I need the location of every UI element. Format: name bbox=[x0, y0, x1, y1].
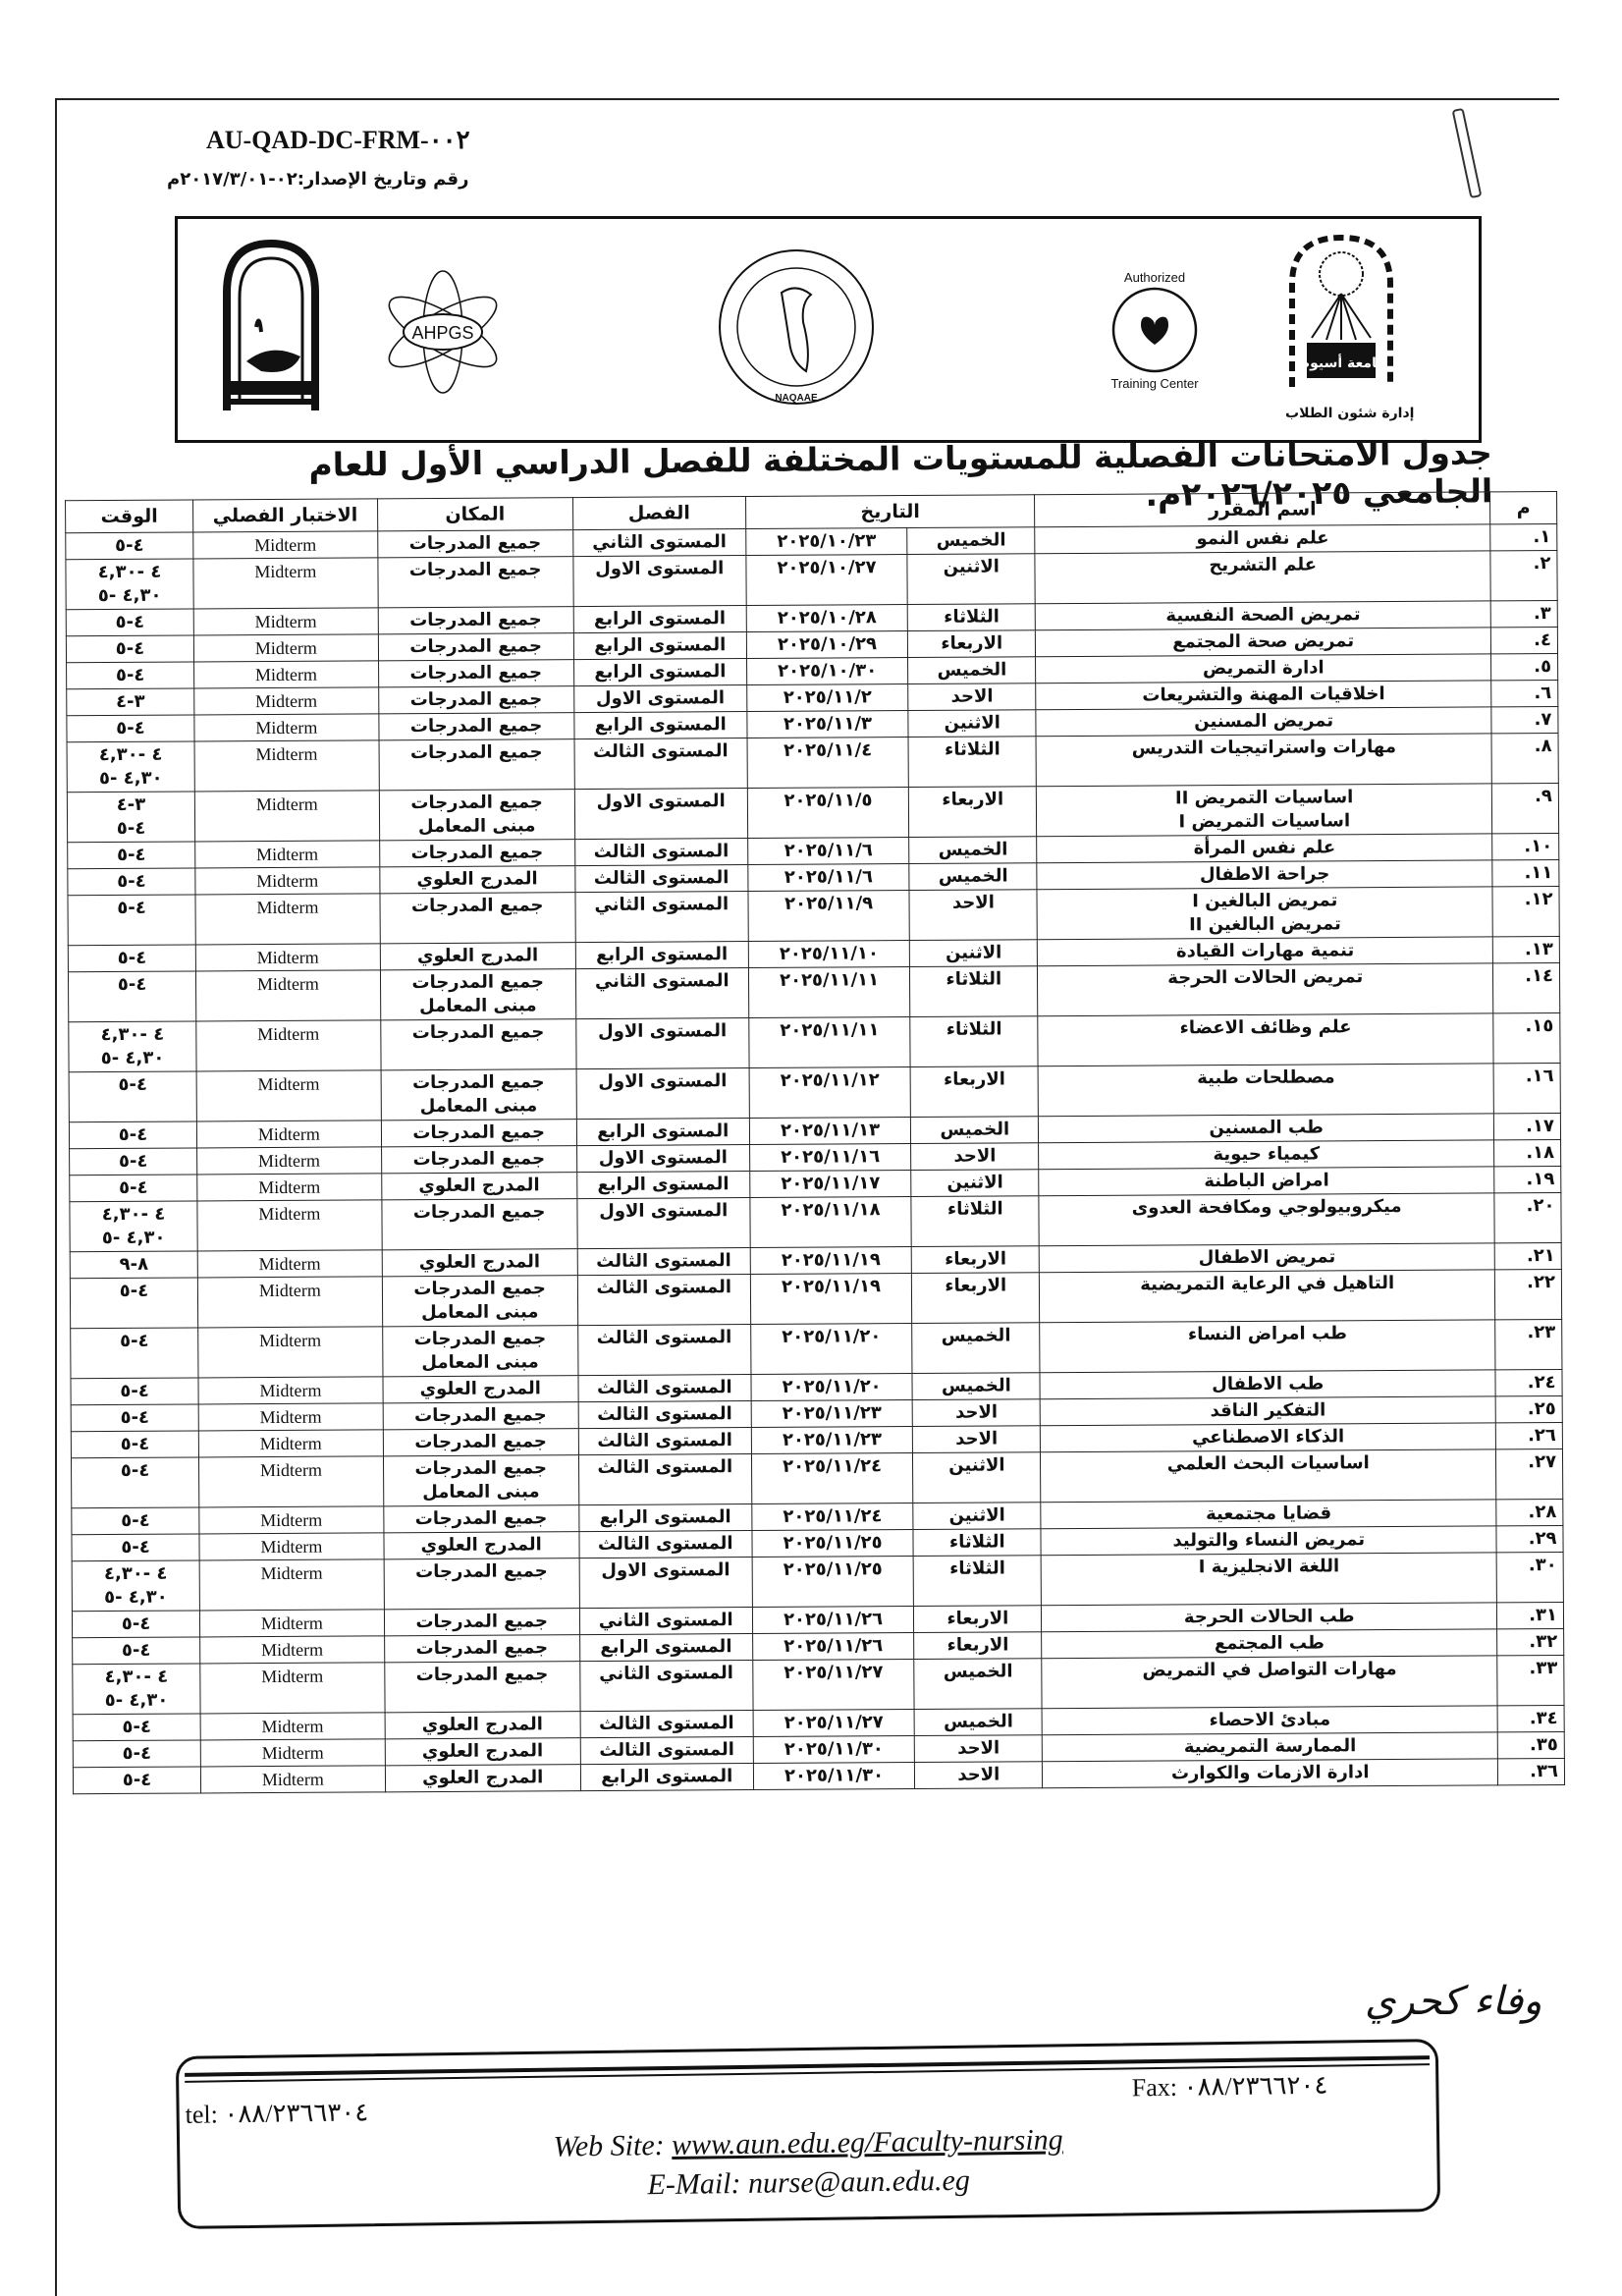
cell-course: طب امراض النساء bbox=[1040, 1320, 1495, 1373]
level-text: المستوى الثالث bbox=[584, 1402, 744, 1427]
cell-exam: Midterm bbox=[197, 1200, 382, 1251]
issue-number-date: رقم وتاريخ الإصدار:٠٢-٢٠١٧/٣/٠١م bbox=[167, 169, 468, 190]
course-text: علم نفس النمو bbox=[1042, 525, 1485, 552]
date-text: ٢٠٢٥/١١/٦ bbox=[754, 865, 903, 890]
cell-day: الاثنين bbox=[913, 1452, 1041, 1503]
course-text: اللغة الانجليزية I bbox=[1048, 1554, 1490, 1580]
num-text: ١٣. bbox=[1499, 938, 1553, 961]
place-text: المدرج العلوي bbox=[388, 1250, 570, 1275]
place-text: جميع المدرجات bbox=[385, 687, 568, 712]
cell-num: ٢٨. bbox=[1496, 1499, 1563, 1525]
place-text: المدرج العلوي bbox=[391, 1739, 573, 1764]
date-text: ٢٠٢٥/١١/١٦ bbox=[756, 1145, 905, 1170]
date-text: ٢٠٢٥/١١/١٩ bbox=[757, 1275, 906, 1299]
exam-text: Midterm bbox=[202, 971, 374, 996]
website-link[interactable]: www.aun.edu.eg/Faculty-nursing bbox=[672, 2123, 1063, 2161]
cell-exam: Midterm bbox=[199, 1456, 384, 1507]
cell-time: ٤-٥ bbox=[68, 971, 195, 1022]
time-text: ٤ -٤,٣٠ bbox=[79, 1666, 193, 1690]
day-text: الاربعاء bbox=[918, 1274, 1033, 1298]
cell-num: ٣٠. bbox=[1496, 1552, 1563, 1602]
day-text: الاثنين bbox=[915, 711, 1030, 736]
exam-text: Midterm bbox=[199, 532, 371, 557]
course-text: مهارات التواصل في التمريض bbox=[1049, 1657, 1491, 1683]
exam-text: Midterm bbox=[202, 945, 374, 969]
cell-num: ١٧. bbox=[1493, 1113, 1560, 1139]
course-text: كيمياء حيوية bbox=[1045, 1141, 1487, 1168]
date-text: ٢٠٢٥/١١/٦ bbox=[754, 839, 903, 863]
cell-day: الثلاثاء bbox=[913, 1529, 1041, 1557]
level-text: المستوى الرابع bbox=[580, 633, 740, 658]
cell-level: المستوى الثالث bbox=[578, 1454, 751, 1505]
cell-day: الثلاثاء bbox=[908, 737, 1036, 788]
cell-level: المستوى الثاني bbox=[575, 968, 748, 1019]
cell-exam: Midterm bbox=[197, 1250, 382, 1278]
date-text: ٢٠٢٥/١١/٢٠ bbox=[757, 1375, 906, 1399]
exam-text: Midterm bbox=[202, 895, 374, 919]
date-text: ٢٠٢٥/١١/٣٠ bbox=[760, 1764, 909, 1788]
day-text: الاحد bbox=[919, 1427, 1034, 1451]
cell-exam: Midterm bbox=[197, 1147, 382, 1175]
place-text-secondary: مبنى المعامل bbox=[389, 1300, 571, 1325]
cell-time: ٤-٥ bbox=[68, 868, 195, 896]
cell-num: ٤. bbox=[1490, 628, 1557, 654]
place-text: جميع المدرجات bbox=[388, 1147, 570, 1172]
cell-course: التاهيل في الرعاية التمريضية bbox=[1040, 1270, 1495, 1323]
cell-place: جميع المدرجاتمبنى المعامل bbox=[382, 1326, 577, 1377]
cell-course: تمريض النساء والتوليد bbox=[1041, 1526, 1496, 1556]
cell-exam: Midterm bbox=[193, 634, 378, 662]
course-text: مصطلحات طبية bbox=[1045, 1065, 1487, 1091]
signature: وفاء كحري bbox=[1365, 1979, 1541, 2024]
cell-day: الاربعاء bbox=[912, 1273, 1040, 1324]
place-text: جميع المدرجات bbox=[389, 1327, 571, 1351]
cell-day: الخميس bbox=[912, 1373, 1040, 1400]
cell-level: المستوى الثاني bbox=[575, 892, 748, 943]
cell-course: علم التشريح bbox=[1035, 551, 1490, 604]
level-text: المستوى الرابع bbox=[582, 943, 742, 967]
exam-text: Midterm bbox=[200, 715, 372, 739]
time-text: ٤-٥ bbox=[76, 1073, 190, 1098]
cell-exam: Midterm bbox=[193, 608, 378, 635]
day-text: الثلاثاء bbox=[917, 1017, 1032, 1042]
exam-text: Midterm bbox=[200, 635, 372, 660]
time-text: ٣-٤ bbox=[73, 690, 188, 715]
date-text: ٢٠٢٥/١١/١٣ bbox=[756, 1119, 905, 1143]
exam-text: Midterm bbox=[203, 1148, 375, 1173]
cell-date: ٢٠٢٥/١١/٢٦ bbox=[752, 1607, 914, 1634]
date-text: ٢٠٢٥/١١/٢٤ bbox=[758, 1504, 907, 1529]
svg-text:جامعة أسيوط: جامعة أسيوط bbox=[1296, 354, 1387, 371]
date-text: ٢٠٢٥/١٠/٢٩ bbox=[753, 632, 902, 657]
cell-day: الاحد bbox=[915, 1762, 1043, 1789]
cell-place: جميع المدرجات bbox=[378, 633, 573, 661]
time-text: ٤-٥ bbox=[72, 534, 187, 559]
time-text-secondary: ٤,٣٠ -٥ bbox=[79, 1586, 193, 1611]
exam-text: Midterm bbox=[206, 1534, 378, 1558]
cell-day: الثلاثاء bbox=[913, 1556, 1041, 1607]
day-text: الخميس bbox=[914, 658, 1029, 683]
level-text: المستوى الثالث bbox=[584, 1276, 744, 1300]
num-text: ٣١. bbox=[1503, 1604, 1557, 1627]
course-text: طب المجتمع bbox=[1048, 1630, 1490, 1657]
cell-time: ٤-٥ bbox=[70, 1278, 197, 1329]
course-text: تمريض الحالات الحرجة bbox=[1044, 964, 1487, 991]
cell-place: جميع المدرجات bbox=[381, 1146, 576, 1174]
day-text: الاثنين bbox=[918, 1171, 1033, 1195]
time-text: ٤-٥ bbox=[73, 611, 188, 635]
exam-text: Midterm bbox=[205, 1457, 377, 1482]
cell-exam: Midterm bbox=[195, 894, 380, 945]
cell-date: ٢٠٢٥/١١/٦ bbox=[748, 864, 910, 892]
table-row: ١٢.تمريض البالغين Iتمريض البالغين IIالاح… bbox=[68, 886, 1559, 945]
day-text: الثلاثاء bbox=[916, 967, 1031, 992]
course-text: تنمية مهارات القيادة bbox=[1044, 938, 1487, 964]
cell-num: ١٩. bbox=[1494, 1166, 1561, 1192]
exam-text: Midterm bbox=[203, 1175, 375, 1199]
cell-date: ٢٠٢٥/١٠/٣٠ bbox=[746, 658, 908, 685]
cell-day: الاربعاء bbox=[909, 787, 1037, 838]
cell-place: جميع المدرجات bbox=[380, 1019, 575, 1070]
cell-exam: Midterm bbox=[196, 1121, 381, 1148]
logo-banner: AHPGS NAQAAE Authorized Training Center … bbox=[175, 216, 1482, 443]
cell-day: الاحد bbox=[912, 1399, 1040, 1427]
table-row: ٢٢.التاهيل في الرعاية التمريضيةالاربعاء٢… bbox=[70, 1269, 1561, 1328]
num-text: ٢٩. bbox=[1503, 1527, 1557, 1551]
cell-level: المستوى الاول bbox=[575, 1018, 748, 1069]
cell-time: ٤-٥ bbox=[73, 1714, 200, 1741]
level-text: المستوى الثاني bbox=[586, 1609, 746, 1633]
level-text: المستوى الرابع bbox=[585, 1505, 745, 1530]
course-text: تمريض المسنين bbox=[1043, 708, 1486, 735]
num-text: ٢٧. bbox=[1502, 1450, 1556, 1474]
cell-date: ٢٠٢٥/١١/٢٧ bbox=[753, 1710, 915, 1737]
cell-place: المدرج العلوي bbox=[385, 1765, 580, 1792]
place-text-secondary: مبنى المعامل bbox=[390, 1480, 572, 1504]
cell-time: ٤-٥ bbox=[66, 609, 193, 636]
cell-day: الخميس bbox=[914, 1659, 1042, 1710]
cell-level: المستوى الرابع bbox=[580, 1764, 753, 1791]
cell-num: ٩. bbox=[1491, 783, 1558, 833]
cell-exam: Midterm bbox=[199, 1559, 384, 1611]
place-text: المدرج العلوي bbox=[390, 1533, 572, 1558]
exam-text: Midterm bbox=[206, 1560, 378, 1585]
date-text: ٢٠٢٥/١١/٢ bbox=[753, 685, 902, 710]
level-text: المستوى الثالث bbox=[586, 1738, 746, 1763]
cell-place: جميع المدرجات bbox=[379, 739, 574, 791]
cell-time: ٤-٥ bbox=[71, 1404, 198, 1432]
cell-num: ٢٦. bbox=[1495, 1422, 1562, 1449]
cell-place: المدرج العلوي bbox=[380, 943, 575, 970]
time-text: ٤-٥ bbox=[75, 973, 189, 998]
cell-exam: Midterm bbox=[193, 531, 378, 559]
cell-exam: Midterm bbox=[193, 558, 378, 609]
cell-day: الخميس bbox=[907, 527, 1035, 555]
header-course: اسم المقرر bbox=[1035, 492, 1490, 527]
website-label: Web Site: bbox=[553, 2129, 672, 2163]
cell-num: ٦. bbox=[1491, 680, 1558, 706]
day-text: الخميس bbox=[921, 1710, 1036, 1734]
cell-day: الاربعاء bbox=[914, 1632, 1042, 1660]
cell-level: المستوى الاول bbox=[573, 685, 746, 713]
cell-day: الثلاثاء bbox=[911, 1196, 1039, 1247]
cell-date: ٢٠٢٥/١١/٣ bbox=[747, 711, 909, 738]
cell-level: المستوى الثالث bbox=[579, 1531, 752, 1558]
cell-exam: Midterm bbox=[196, 970, 381, 1021]
cell-date: ٢٠٢٥/١١/٤ bbox=[747, 738, 909, 789]
place-text: جميع المدرجات bbox=[387, 1020, 569, 1045]
date-text: ٢٠٢٥/١١/٣ bbox=[753, 712, 902, 737]
header-time: الوقت bbox=[66, 500, 193, 533]
cell-num: ٣. bbox=[1490, 601, 1557, 628]
cell-course: جراحة الاطفال bbox=[1037, 860, 1492, 890]
level-text: المستوى الثالث bbox=[586, 1712, 746, 1736]
cell-course: اساسيات البحث العلمي bbox=[1041, 1449, 1496, 1503]
cell-level: المستوى الرابع bbox=[579, 1634, 752, 1662]
place-text: جميع المدرجات bbox=[385, 740, 568, 765]
num-text: ١٧. bbox=[1500, 1115, 1554, 1138]
time-text: ٤-٥ bbox=[78, 1380, 192, 1404]
fax: Fax: ٠٨٨/٢٣٦٦٢٠٤ bbox=[1132, 2071, 1328, 2104]
level-text: المستوى الرابع bbox=[586, 1635, 746, 1660]
cell-date: ٢٠٢٥/١١/٢٧ bbox=[753, 1660, 915, 1711]
cell-time: ٨-٩ bbox=[70, 1251, 197, 1279]
place-text: جميع المدرجات bbox=[389, 1277, 571, 1301]
time-text: ٤ -٤,٣٠ bbox=[75, 1023, 189, 1048]
cell-time: ٣-٤٤-٥ bbox=[67, 792, 194, 843]
cell-date: ٢٠٢٥/١١/٢ bbox=[746, 684, 908, 712]
cell-place: جميع المدرجاتمبنى المعامل bbox=[383, 1455, 578, 1506]
cell-exam: Midterm bbox=[196, 1020, 381, 1071]
cell-course: ميكروبيولوجي ومكافحة العدوى bbox=[1039, 1193, 1494, 1246]
cell-date: ٢٠٢٥/١١/٢٤ bbox=[752, 1503, 914, 1531]
cell-place: جميع المدرجات bbox=[378, 607, 573, 634]
place-text: جميع المدرجات bbox=[391, 1636, 573, 1661]
cell-time: ٤-٥ bbox=[67, 662, 194, 689]
cell-level: المستوى الثالث bbox=[578, 1401, 751, 1429]
day-text: الاحد bbox=[915, 684, 1030, 709]
exam-text: Midterm bbox=[205, 1378, 377, 1402]
course-text: تمريض الاطفال bbox=[1046, 1244, 1488, 1271]
email-address[interactable]: nurse@aun.edu.eg bbox=[748, 2164, 970, 2200]
cell-day: الثلاثاء bbox=[910, 966, 1038, 1017]
time-text: ٤-٥ bbox=[78, 1509, 192, 1534]
cell-course: علم نفس النمو bbox=[1035, 524, 1490, 554]
place-text: جميع المدرجات bbox=[386, 894, 568, 918]
cell-place: جميع المدرجات bbox=[381, 1120, 576, 1147]
cell-date: ٢٠٢٥/١٠/٢٩ bbox=[746, 631, 908, 659]
course-text: علم التشريح bbox=[1042, 552, 1485, 578]
course-text: اخلاقيات المهنة والتشريعات bbox=[1043, 682, 1486, 708]
course-text: جراحة الاطفال bbox=[1044, 861, 1487, 888]
cell-course: مبادئ الاحصاء bbox=[1042, 1706, 1497, 1735]
exam-text: Midterm bbox=[207, 1767, 379, 1791]
cell-day: الاثنين bbox=[908, 710, 1036, 738]
cell-exam: Midterm bbox=[200, 1636, 385, 1664]
cell-date: ٢٠٢٥/١١/١٩ bbox=[750, 1274, 912, 1325]
exam-text: Midterm bbox=[207, 1714, 379, 1738]
course-text: مبادئ الاحصاء bbox=[1049, 1707, 1491, 1733]
cell-date: ٢٠٢٥/١١/٣٠ bbox=[753, 1763, 915, 1790]
cell-num: ٧. bbox=[1491, 706, 1558, 733]
date-text: ٢٠٢٥/١١/٢٤ bbox=[758, 1454, 907, 1479]
cell-num: ٣٦. bbox=[1497, 1758, 1564, 1784]
cell-level: المستوى الثالث bbox=[577, 1248, 750, 1276]
cell-level: المستوى الاول bbox=[577, 1198, 750, 1249]
course-text: طب المسنين bbox=[1045, 1115, 1487, 1141]
day-text: الاربعاء bbox=[917, 1067, 1032, 1092]
cell-course: طب الاطفال bbox=[1040, 1370, 1495, 1399]
cell-level: المستوى الثاني bbox=[579, 1661, 752, 1712]
cell-course: طب المجتمع bbox=[1042, 1629, 1497, 1659]
course-text: اساسيات البحث العلمي bbox=[1047, 1450, 1489, 1477]
time-text-secondary: ٤,٣٠ -٥ bbox=[75, 1047, 189, 1071]
cell-date: ٢٠٢٥/١١/٢٤ bbox=[751, 1453, 913, 1504]
course-text: طب الاطفال bbox=[1047, 1371, 1489, 1397]
level-text: المستوى الاول bbox=[583, 1146, 743, 1171]
cell-day: الاربعاء bbox=[912, 1246, 1040, 1274]
cell-time: ٤ -٤,٣٠٤,٣٠ -٥ bbox=[67, 741, 194, 793]
num-text: ٣٦. bbox=[1504, 1760, 1558, 1783]
cell-level: المستوى الثالث bbox=[578, 1375, 751, 1402]
exam-text: Midterm bbox=[201, 842, 373, 866]
cell-num: ٢٧. bbox=[1496, 1449, 1563, 1499]
day-text: الخميس bbox=[919, 1324, 1034, 1348]
time-text: ٤-٥ bbox=[80, 1742, 194, 1767]
place-text: المدرج العلوي bbox=[389, 1377, 571, 1401]
cell-date: ٢٠٢٥/١١/١٢ bbox=[749, 1067, 911, 1119]
cell-exam: Midterm bbox=[199, 1506, 384, 1534]
course-text: ادارة الازمات والكوارث bbox=[1049, 1760, 1491, 1786]
table-row: ٢.علم التشريحالاثنين٢٠٢٥/١٠/٢٧المستوى ال… bbox=[66, 551, 1557, 610]
cell-place: جميع المدرجات bbox=[384, 1635, 579, 1663]
exam-text: Midterm bbox=[206, 1664, 378, 1688]
atom-icon: AHPGS bbox=[379, 263, 507, 401]
exam-text: Midterm bbox=[204, 1328, 376, 1352]
time-text: ٤ -٤,٣٠ bbox=[76, 1203, 190, 1228]
cell-exam: Midterm bbox=[197, 1277, 382, 1328]
svg-text:Authorized: Authorized bbox=[1123, 270, 1184, 285]
num-text: ٣٤. bbox=[1504, 1707, 1558, 1730]
time-text-secondary: ٤,٣٠ -٥ bbox=[77, 1227, 191, 1251]
cell-time: ٤-٥ bbox=[72, 1507, 199, 1535]
cell-day: الاثنين bbox=[911, 1170, 1039, 1197]
cell-time: ٤-٥ bbox=[72, 1611, 199, 1638]
day-text: الاربعاء bbox=[920, 1607, 1035, 1631]
course-text: تمريض صحة المجتمع bbox=[1042, 629, 1485, 655]
cell-time: ٤ -٤,٣٠٤,٣٠ -٥ bbox=[69, 1021, 196, 1072]
cell-course: قضايا مجتمعية bbox=[1041, 1500, 1496, 1529]
cell-num: ٨. bbox=[1491, 733, 1558, 783]
cell-time: ٤-٥ bbox=[73, 1767, 200, 1794]
cell-level: المستوى الثالث bbox=[580, 1711, 753, 1738]
lamp-arch-icon bbox=[212, 234, 330, 420]
time-text: ٤-٥ bbox=[78, 1406, 192, 1431]
place-text-secondary: مبنى المعامل bbox=[389, 1350, 571, 1375]
exam-text: Midterm bbox=[207, 1740, 379, 1765]
cell-level: المستوى الثالث bbox=[577, 1275, 750, 1326]
exam-text: Midterm bbox=[201, 792, 373, 816]
cell-time: ٤-٥ bbox=[73, 1637, 200, 1665]
day-text: الاحد bbox=[921, 1763, 1036, 1787]
cell-level: المستوى الاول bbox=[574, 789, 747, 840]
time-text: ٤-٥ bbox=[73, 664, 188, 688]
cell-course: علم وظائف الاعضاء bbox=[1038, 1013, 1493, 1066]
day-text: الاحد bbox=[919, 1400, 1034, 1425]
cell-course: ادارة الازمات والكوارث bbox=[1043, 1759, 1498, 1788]
cell-exam: Midterm bbox=[198, 1377, 383, 1404]
day-text: الخميس bbox=[915, 838, 1030, 862]
date-text: ٢٠٢٥/١١/٢٣ bbox=[758, 1428, 907, 1452]
exam-text: Midterm bbox=[201, 741, 373, 766]
cell-course: كيمياء حيوية bbox=[1039, 1140, 1494, 1170]
place-text: جميع المدرجات bbox=[388, 1121, 570, 1145]
course-text: مهارات واستراتيجيات التدريس bbox=[1043, 735, 1486, 761]
date-text: ٢٠٢٥/١٠/٣٠ bbox=[753, 659, 902, 683]
time-text: ٤-٥ bbox=[77, 1330, 191, 1354]
cell-course: مهارات واستراتيجيات التدريس bbox=[1036, 734, 1491, 787]
day-text: الاحد bbox=[917, 1144, 1032, 1169]
num-text: ٣. bbox=[1497, 602, 1551, 626]
cell-place: جميع المدرجاتمبنى المعامل bbox=[380, 969, 575, 1020]
time-text: ٤-٥ bbox=[74, 870, 189, 895]
cell-time: ٤-٥ bbox=[69, 1071, 196, 1122]
exam-text: Midterm bbox=[203, 1201, 375, 1226]
cell-exam: Midterm bbox=[196, 1070, 381, 1121]
cell-date: ٢٠٢٥/١١/٢٥ bbox=[752, 1557, 914, 1608]
place-text: جميع المدرجات bbox=[390, 1559, 572, 1584]
num-text: ٣٢. bbox=[1503, 1630, 1557, 1654]
time-text-secondary: ٤,٣٠ -٥ bbox=[74, 767, 189, 792]
exam-text: Midterm bbox=[206, 1637, 378, 1662]
date-text: ٢٠٢٥/١١/٢٣ bbox=[757, 1401, 906, 1426]
cell-time: ٤-٥ bbox=[68, 895, 195, 946]
course-text: التفكير الناقد bbox=[1047, 1397, 1489, 1424]
table-row: ١٥.علم وظائف الاعضاءالثلاثاء٢٠٢٥/١١/١١ال… bbox=[69, 1012, 1560, 1071]
cell-date: ٢٠٢٥/١١/٢٦ bbox=[752, 1633, 914, 1661]
header-level: الفصل bbox=[572, 497, 745, 530]
cell-place: جميع المدرجات bbox=[379, 713, 574, 740]
day-text: الاربعاء bbox=[918, 1247, 1033, 1272]
cell-time: ٤-٥ bbox=[68, 945, 195, 972]
cell-course: اخلاقيات المهنة والتشريعات bbox=[1036, 681, 1491, 710]
table-row: ١٦.مصطلحات طبيةالاربعاء٢٠٢٥/١١/١٢المستوى… bbox=[69, 1063, 1560, 1121]
cell-level: المستوى الرابع bbox=[574, 712, 747, 739]
num-text: ٢١. bbox=[1501, 1244, 1555, 1268]
level-text: المستوى الثاني bbox=[581, 893, 741, 917]
day-text: الخميس bbox=[921, 1660, 1036, 1684]
cell-exam: Midterm bbox=[194, 687, 379, 715]
time-text-secondary: ٤,٣٠ -٥ bbox=[73, 584, 188, 609]
header-num: م bbox=[1490, 492, 1557, 524]
cell-exam: Midterm bbox=[194, 661, 379, 688]
cell-num: ١٣. bbox=[1492, 936, 1559, 962]
cell-place: جميع المدرجاتمبنى المعامل bbox=[381, 1069, 576, 1121]
place-text: جميع المدرجات bbox=[390, 1506, 572, 1531]
place-text: المدرج العلوي bbox=[388, 1174, 570, 1198]
exam-schedule-table: م اسم المقرر التاريخ الفصل المكان الاختب… bbox=[65, 491, 1565, 1794]
time-text: ٤ -٤,٣٠ bbox=[79, 1562, 193, 1587]
num-text: ١٠. bbox=[1498, 835, 1552, 858]
cell-place: المدرج العلوي bbox=[385, 1712, 580, 1739]
course-text: تمريض البالغين I bbox=[1044, 888, 1487, 914]
cell-course: مهارات التواصل في التمريض bbox=[1042, 1656, 1497, 1709]
date-text: ٢٠٢٥/١١/٢٥ bbox=[758, 1531, 907, 1556]
cell-num: ٢٢. bbox=[1494, 1269, 1561, 1319]
day-text: الخميس bbox=[919, 1374, 1034, 1398]
cell-num: ٢٠. bbox=[1494, 1192, 1561, 1242]
cell-day: الاحد bbox=[908, 683, 1036, 711]
